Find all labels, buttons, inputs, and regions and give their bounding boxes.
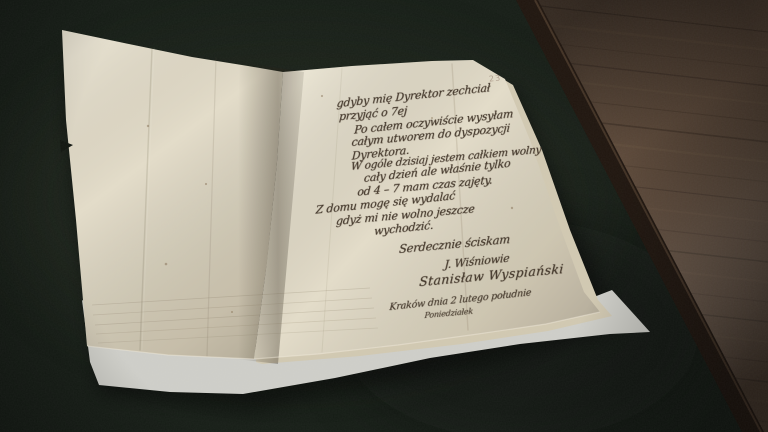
page-number: 23: [489, 73, 502, 83]
photo-of-handwritten-letter: gdyby mię Dyrektor zechciał przyjąć o 7e…: [0, 0, 768, 432]
handwritten-line: gdyby mię Dyrektor zechciał: [336, 81, 490, 110]
handwriting-block: gdyby mię Dyrektor zechciał przyjąć o 7e…: [300, 58, 635, 366]
